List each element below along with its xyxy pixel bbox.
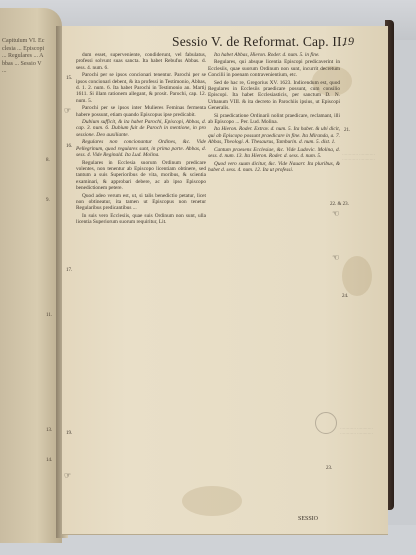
show-through-text: ············ ············ ············ ·… xyxy=(340,426,376,436)
paragraph: Parochi per se ipsos inter Mulieres Femi… xyxy=(76,105,206,118)
left-page-text: Capitulum VI. Ecclesia ... Episcopi ... … xyxy=(2,38,46,76)
footnote: Regulares non concionantur Ordines, &c. … xyxy=(76,139,206,158)
paragraph: Quod adeo verum est, ut, si talis benedi… xyxy=(76,193,206,212)
paragraph: Ita habet Abbas, Hieron. Roder. d. num. … xyxy=(208,52,340,58)
left-margin-number: 11. xyxy=(46,313,52,318)
margin-number: 17. xyxy=(66,268,72,273)
catchword: SESSIO xyxy=(298,516,318,522)
left-margin-number: 9. xyxy=(46,198,50,203)
running-head: Sessio V. de Reformat. Cap. II. xyxy=(172,34,345,50)
margin-number: 15. xyxy=(66,76,72,81)
footnote: Cantum praesens Ecclesiae, &c. Vide Ludo… xyxy=(208,147,340,160)
manicule-icon: ☜ xyxy=(332,253,339,262)
manicule-icon: ☜ xyxy=(332,209,339,218)
margin-annotation: 22. & 23. xyxy=(330,202,349,207)
footnote: Dubium sufficit, & ita habet Parochi, Ep… xyxy=(76,119,206,138)
page-number: 19 xyxy=(342,34,354,49)
show-through-text: ············ ············ ············ ·… xyxy=(342,152,378,162)
left-page: Capitulum VI. Ecclesia ... Episcopi ... … xyxy=(0,8,62,543)
paragraph: Regulares in Ecclesia suorum Ordinum pre… xyxy=(76,160,206,192)
paragraph: Si praedicatione Ordinarii nolint praedi… xyxy=(208,113,340,126)
paragraph: Regulares, qui absque licentia Episcopi … xyxy=(208,59,340,78)
manicule-icon: ☞ xyxy=(64,471,71,480)
foxing-stain xyxy=(182,486,242,516)
left-margin-number: 13. xyxy=(46,428,52,433)
right-page: Sessio V. de Reformat. Cap. II. 19 dum e… xyxy=(62,26,388,535)
left-margin-number: 14. xyxy=(46,458,52,463)
margin-number: 16. xyxy=(66,144,72,149)
text-column-right: Ita habet Abbas, Hieron. Roder. d. num. … xyxy=(208,52,340,174)
paragraph: dum esset, superveniente, condiderunt, v… xyxy=(76,52,206,71)
footnote: Quod vero suum dicitur, &c. Vide Nauarr.… xyxy=(208,161,340,174)
text-column-left: dum esset, superveniente, condiderunt, v… xyxy=(76,52,206,227)
paragraph: Sed de hac re, Gregorius XV. 1623. Indic… xyxy=(208,80,340,112)
footnote: Ita Hieron. Roder. Extrav. d. num. 5. It… xyxy=(208,126,340,145)
paragraph: Parochi per se ipsos concionari tenentur… xyxy=(76,72,206,104)
margin-number: 24. xyxy=(342,294,348,299)
left-margin-number: 8. xyxy=(46,158,50,163)
foxing-stain xyxy=(342,256,372,296)
margin-number: 19. xyxy=(66,431,72,436)
margin-number: 21. xyxy=(344,128,350,133)
library-stamp xyxy=(315,412,337,434)
paragraph: In suis vero Ecclesiis, quae suis Ordinu… xyxy=(76,213,206,226)
margin-number: 23. xyxy=(326,466,332,471)
manicule-icon: ☞ xyxy=(64,106,71,115)
